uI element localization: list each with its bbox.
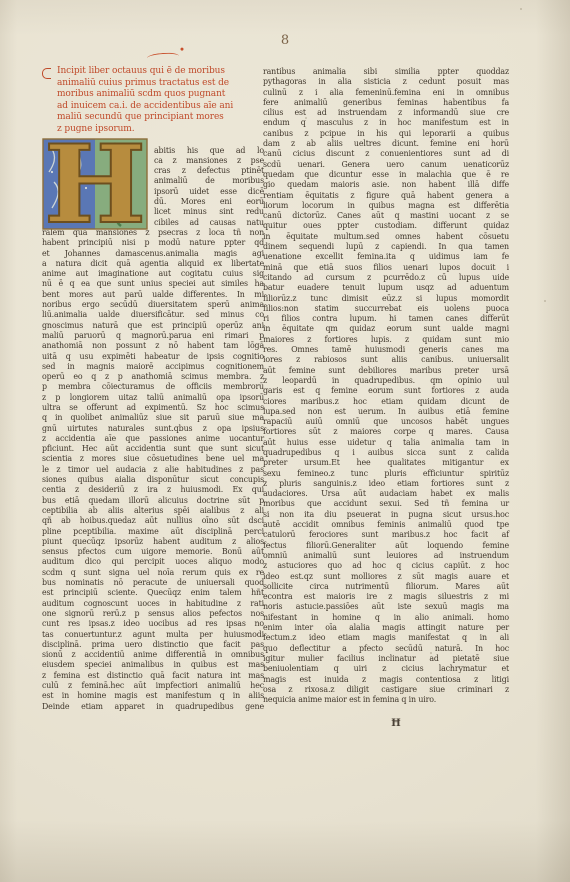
text-line: bus nominatis nō peracute de uniuersali … [42, 578, 264, 588]
text-line: ca z mansiones z pse [154, 156, 264, 166]
text-line: est in homine magis est manifestum q in … [42, 691, 264, 701]
incipit-rubric: Incipit liber octauus qui ē de moribusan… [57, 66, 255, 136]
quire-signature: Ħ [388, 718, 404, 729]
text-line: gio quedam maioris asie. non habent illā… [263, 180, 509, 190]
text-line: liorum locorum in quibus magna est diffe… [263, 201, 509, 211]
text-line: catulorū ferociores sunt maribus.z hoc f… [263, 530, 509, 540]
text-line: preter ursum.Et hee qualitates mitigantu… [263, 458, 509, 468]
text-line: est principiū sciente. Quecūqz enim tale… [42, 588, 264, 598]
text-line: ad inuicem ca.i. de accidentibus aīe ani [57, 101, 255, 113]
text-line: z leopardū in quadrupedibus. qm opinio u… [263, 376, 509, 386]
rubric-flourish [147, 52, 179, 62]
text-line: dū. Mores eni eorū [154, 197, 264, 207]
text-line: pline pceptibilia. maxime aūt disciplinā… [42, 527, 264, 537]
text-line: fectum.z ideo etiam magis manifestat q i… [263, 633, 509, 643]
text-line: cilius est ad instruendam z informandū s… [263, 108, 509, 118]
text-line: maliū paruorū q magnorū.parua eni rimari… [42, 331, 264, 341]
text-line: liū.animalia ualde diuersificātur. sed m… [42, 310, 264, 320]
text-line: Deinde etiam apparet in quadrupedibus ge… [42, 702, 264, 712]
text-line: ipsorū uidet esse dicē [154, 187, 264, 197]
folio-number: 8 [0, 33, 570, 48]
text-line: batur euadere tenuit lupum usqz ad aduen… [263, 283, 509, 293]
text-line: minā que etiā suos filios uenari lupos d… [263, 263, 509, 273]
text-line: z accidentia aīe que passiones anime uoc… [42, 434, 264, 444]
text-line: maliū secundū que principiant mores [57, 112, 255, 124]
text-line: z pugne ipsorum. [57, 124, 255, 136]
text-line: autē accidit omnibus feminis animaliū qu… [263, 520, 509, 530]
text-line: anathomiā non possunt z nō habent tam lō… [42, 341, 264, 351]
text-line: fere animaliū generibus feminas habentib… [263, 98, 509, 108]
text-line: rentiam ēquitatis z figure quā habent ge… [263, 191, 509, 201]
text-line: a natura dicit quā agentia aliquid ex li… [42, 259, 264, 269]
text-line: garis est q femine eorum sunt fortiores … [263, 386, 509, 396]
incipit-lines: Incipit liber octauus qui ē de moribusan… [57, 66, 255, 136]
initial-letter: H [44, 136, 146, 232]
text-line: abitis his que ad lo [154, 146, 264, 156]
text-line: animaliū de moribus [154, 176, 264, 186]
text-line: noris astucie.passiōes aūt iste sexuū ma… [263, 602, 509, 612]
text-line: culinū z i alia femeninū.femina eni in o… [263, 88, 509, 98]
text-line: animaliū cuius primus tractatus est de [57, 78, 255, 90]
text-line: gnoscimus naturā que est principiū operū… [42, 321, 264, 331]
text-line: canū cicius discunt z conuenientiores su… [263, 149, 509, 159]
text-line: bus etiā quedam illorū alicuius doctrine… [42, 496, 264, 506]
paper-speck [430, 652, 432, 654]
text-line: sed in magnis maiorē accipimus cognition… [42, 362, 264, 372]
text-line: endum q masculus z in hoc manifestum est… [263, 118, 509, 128]
text-line: sionū z accidentiū anime differentiā in … [42, 650, 264, 660]
text-line: filiorūz.z tunc dimisit eūz.z si lupus m… [263, 294, 509, 304]
text-line: aūt huius esse uidetur q talia animalia … [263, 438, 509, 448]
text-line: z p longiorem uitaz taliū animaliū opa i… [42, 393, 264, 403]
text-line: lupa.sed non est uerum. In auibus etiā f… [263, 407, 509, 417]
text-line: z femina est distinctio quā facit natura… [42, 671, 264, 681]
text-line: dam z ab aliis ueltres dicunt. femine en… [263, 139, 509, 149]
text-line: quadrupedibus q i auibus sicca sunt z ca… [263, 448, 509, 458]
right-column: rantibus animalia sibi similia ppter quo… [263, 67, 509, 705]
text-line: audaciores. Ursa aūt audaciam habet ex m… [263, 489, 509, 499]
text-line: ideo est.qz sunt molliores z sūt magis a… [263, 572, 509, 582]
text-line: le z timor uel audacia z alie habitudine… [42, 465, 264, 475]
text-line: p membra cōiecturamus de officiis membro… [42, 382, 264, 392]
text-line: licet minus sint redu [154, 207, 264, 217]
text-line: iores z rabiosos sunt aliis canibus. uni… [263, 355, 509, 365]
text-line: rantibus animalia sibi similia ppter quo… [263, 67, 509, 77]
text-line: uitā q usu expimēti habeatur de ipsis co… [42, 352, 264, 362]
text-line: centia z desideriū z ira z huiusmodi. Ex… [42, 485, 264, 495]
text-line: nifestant in homine q in alio animali. h… [263, 613, 509, 623]
text-line: noribus ergo secūdū diuersitatem sperū a… [42, 300, 264, 310]
text-line: beniuolentiam q uiri z cicius lachrymatu… [263, 664, 509, 674]
text-line: maiores z fortiores lupis. z quidam sunt… [263, 335, 509, 345]
text-line: igitur mulier facilius inclinatur ad pie… [263, 654, 509, 664]
text-line: habent principiū nisi p modū nature ppte… [42, 238, 264, 248]
text-line: canibus z pcipue in his qui leporarii a … [263, 129, 509, 139]
text-line: auditum dico qui percipit uoces aliquo m… [42, 557, 264, 567]
text-line: tas conuertuntur.z agunt multa per huius… [42, 630, 264, 640]
text-line: scdū uenari. Genera uero canum uenaticor… [263, 160, 509, 170]
left-column-text: ralem qua mansiones z psecras z loca tñ … [42, 228, 264, 712]
text-line: ri filios contra lupum. hi tamen canes d… [263, 314, 509, 324]
text-line: aūt femine sunt debiliores maribus prete… [263, 366, 509, 376]
text-line: q in quolibet animaliūz siue sit paruū s… [42, 413, 264, 423]
text-line: qñ ab hoibus.quedaz aūt nullius oīno sūt… [42, 516, 264, 526]
text-line: in ēquitate qm quidaz eorum sunt ualde m… [263, 324, 509, 334]
text-line: disciplinā. prima uero distinctio que fa… [42, 640, 264, 650]
text-line: sollicite circa nutrimentū filiorum. Mar… [263, 582, 509, 592]
text-line: osa z rixosa.z diligit castigare siue cr… [263, 685, 509, 695]
text-line: Incipit liber octauus qui ē de moribus [57, 66, 255, 78]
text-line: quitur oues ppter custodiam. differunt q… [263, 221, 509, 231]
text-line: cibiles ad causas natu [154, 218, 264, 228]
left-column-indented-text: abitis his que ad loca z mansiones z pse… [154, 146, 264, 228]
text-line: res. Omnes tamē huiusmodi generis canes … [263, 345, 509, 355]
text-line: operū eo q z p anathomiā scimus membra. … [42, 372, 264, 382]
text-line: piunt quecūqz ipsorūz habent auditum z a… [42, 537, 264, 547]
paper-speck [305, 117, 307, 119]
text-line: cras z defectus ptinēt [154, 166, 264, 176]
paper-speck [520, 8, 522, 10]
text-line: sensus pfectos cum uigore memorie. Bonū … [42, 547, 264, 557]
text-line: fortiores sūt z maiores corpe q mares. C… [263, 427, 509, 437]
text-line: fectus filiorū.Generaliter aūt loquendo … [263, 541, 509, 551]
text-line: dinem sequendi lupū z capiendi. In qua t… [263, 242, 509, 252]
text-line: cunt res ipsas.z ideo uocibus ad res ips… [42, 619, 264, 629]
paper-speck [544, 300, 546, 302]
text-line: z pluris sanguinis.z ideo etiam fortiore… [263, 479, 509, 489]
text-line: quedam que dicuntur esse in malachia que… [263, 170, 509, 180]
text-line: nequicia anime maior est in femina q in … [263, 695, 509, 705]
text-line: moribus que accidunt sexui. Sed tñ femin… [263, 499, 509, 509]
text-line: gnū uirtutes naturales sunt.qbus z opa i… [42, 424, 264, 434]
text-line: culū z feminā.hec aūt impfectiori animal… [42, 681, 264, 691]
text-line: citando ad cursum z pcurrēdo.z cū lupus … [263, 273, 509, 283]
text-line: rapaciū auiū omniū que uncosos habēt ung… [263, 417, 509, 427]
manuscript-page: 8 Incipit liber octauus qui ē de moribus… [0, 0, 570, 882]
illuminated-initial: H [42, 136, 148, 232]
text-line: magis est inuida z magis contentiosa z l… [263, 675, 509, 685]
text-line: anime aut imaginatione aut cogitatu cuiu… [42, 269, 264, 279]
text-line: pythagoras in alia sisticia z cedunt pos… [263, 77, 509, 87]
text-line: moribus animaliū scdm quos pugnant [57, 89, 255, 101]
text-line: filios:non statim succurrebat eis uolens… [263, 304, 509, 314]
text-line: et Johannes damascenus.animalia magis ag… [42, 249, 264, 259]
text-line: ultra se offerunt ad expimentū. Sz hoc s… [42, 403, 264, 413]
text-line: auditum cognoscunt uoces in habitudine z… [42, 599, 264, 609]
text-line: scientia z mores siue cōsuetudines bene … [42, 454, 264, 464]
text-line: econtra est maioris ire z magis siluestr… [263, 592, 509, 602]
text-line: omniū animaliū sunt leuiores ad instruen… [263, 551, 509, 561]
text-line: siones quibus aialia disponūtur sicut co… [42, 475, 264, 485]
text-line: bent mores aut parū ualde differentes. I… [42, 290, 264, 300]
text-line: pficiunt. Hec aūt accidentia sunt que su… [42, 444, 264, 454]
text-line: quo deflectitur a pfecto secūdū naturā. … [263, 644, 509, 654]
text-line: uenatione excellit femina.ita q uidimus … [263, 252, 509, 262]
text-line: in ēquitate multum.sed omnes habent cōsu… [263, 232, 509, 242]
text-line: eiusdem speciei animalibus in quibus est… [42, 660, 264, 670]
text-line: nū ē q ea que sunt unius speciei aut sim… [42, 279, 264, 289]
text-line: enim inter oīa alalia magis attingit nat… [263, 623, 509, 633]
text-line: one signorū rerū.z p sensus alios pefect… [42, 609, 264, 619]
paraph-mark [42, 68, 51, 79]
text-line: ceptibilia ab aliis alterius spēi aialib… [42, 506, 264, 516]
text-line: si non ita diu pseuerat in pugna sicut u… [263, 510, 509, 520]
text-line: scdm q sunt signa uel noīa rerum quis ex… [42, 568, 264, 578]
text-line: canū dictorūz. Canes aūt q mastini uocan… [263, 211, 509, 221]
text-line: z astuciores quo ad hoc q cicius capiūt.… [263, 561, 509, 571]
text-line: ciores maribus.z hoc etiam quidam dicunt… [263, 397, 509, 407]
text-line: sexu femineo.z tunc pluris efficiuntur s… [263, 469, 509, 479]
